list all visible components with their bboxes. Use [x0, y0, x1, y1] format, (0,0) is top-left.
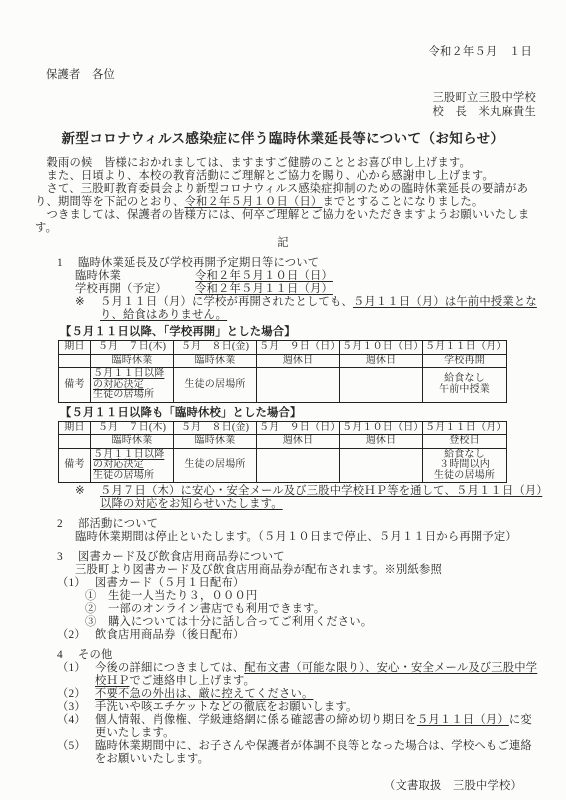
document-handler: （文書取扱 三股中学校）	[0, 780, 566, 793]
section4-heading: 4 その他	[57, 649, 566, 662]
tables-note: ※ ５月７日（木）に安心・安全メール及び三股中学校ＨＰ等を通して、５月１１日（月…	[75, 485, 544, 511]
item-text: 飲食店用商品券（後日配布）	[95, 629, 542, 642]
sender-organization: 三股町立三股中学校	[0, 92, 536, 106]
record-mark: 記	[0, 237, 566, 250]
item-text-emphasis: 不要不急の外出は、厳に控えてください。	[95, 688, 313, 700]
section1-note: ※ ５月１１日（月）に学校が再開されたとしても、５月１１日（月）は午前中授業とな…	[75, 296, 544, 322]
table-reopen-remarks-1: ５月１１日以降の対応決定生徒の居場所	[91, 368, 174, 403]
table-reopen-status-2: 臨時休業	[174, 354, 257, 368]
table-reopen-caption: 【５月１１日以降、「学校再開」とした場合】	[60, 326, 566, 339]
table-closed: 期日 ５月 ７日(木) ５月 ８日(金) ５月 ９日（日） ５月１０日（日） ５…	[58, 421, 507, 484]
section3-heading: 3 図書カード及び飲食店用商品券について	[57, 551, 566, 564]
item-label: （5）	[57, 740, 95, 766]
table-row: 期日 ５月 ７日(木) ５月 ８日(金) ５月 ９日（日） ５月１０日（日） ５…	[59, 421, 507, 435]
table-reopen-status-1: 臨時休業	[91, 354, 174, 368]
section3-item-2: （2） 飲食店用商品券（後日配布）	[57, 629, 542, 642]
table-reopen-status-4: 週休日	[340, 354, 423, 368]
tables-note-text: ５月７日（木）に安心・安全メール及び三股中学校ＨＰ等を通して、５月１１日（月）以…	[100, 485, 542, 510]
section3-title: 図書カード及び飲食店用商品券について	[78, 551, 285, 564]
greeting-line-3: さて、三股町教育委員会より新型コロナウィルス感染症抑制のための臨時休業延長の要請…	[35, 183, 540, 209]
sender-principal: 校 長 米丸麻貴生	[0, 106, 536, 120]
table-closed-status-5: 登校日	[423, 435, 507, 449]
table-closed-remarks-3	[257, 448, 340, 483]
section1-title: 臨時休業延長及び学校再開予定期日等について	[78, 257, 319, 270]
table-closed-status-0	[59, 435, 91, 449]
item-label: （4）	[57, 714, 95, 740]
table-reopen-remarks-3	[257, 368, 340, 403]
table-reopen-header-4: ５月１０日（日）	[340, 341, 423, 355]
note-asterisk: ※	[75, 296, 100, 322]
greeting-line-1: 穀雨の候 皆様におかれましては、ますますご健勝のこととお喜び申し上げます。	[35, 157, 540, 170]
reopen-label: 学校再開（予定）	[75, 283, 195, 296]
table-closed-header-3: ５月 ９日（日）	[257, 421, 340, 435]
document-page: 令和２年５月 １日 保護者 各位 三股町立三股中学校 校 長 米丸麻貴生 新型コ…	[0, 0, 566, 800]
remarks-student-place: 生徒の居場所	[93, 390, 171, 401]
table-reopen: 期日 ５月 ７日(木) ５月 ８日(金) ５月 ９日（日） ５月１０日（日） ５…	[58, 340, 507, 403]
greeting-line-2: また、日頃より、本校の教育活動にご理解とご協力を賜り、心から感謝申し上げます。	[35, 170, 540, 183]
table-reopen-remarks-label: 備考	[59, 368, 91, 403]
remarks-decision: ５月１１日以降の対応決定	[93, 449, 164, 471]
table-reopen-header-3: ５月 ９日（日）	[257, 341, 340, 355]
table-closed-header-2: ５月 ８日(金)	[174, 421, 257, 435]
section1-heading: 1 臨時休業延長及び学校再開予定期日等について	[57, 257, 566, 270]
item-text-emphasis: ５月１１日（月）	[417, 714, 509, 726]
table-closed-header-4: ５月１０日（日）	[340, 421, 423, 435]
table-row: 備考 ５月１１日以降の対応決定生徒の居場所 生徒の居場所 給食なし 午前中授業	[59, 368, 507, 403]
table-closed-header-1: ５月 ７日(木)	[91, 421, 174, 435]
table-closed-status-1: 臨時休業	[91, 435, 174, 449]
section3-sub-item-1: ① 生徒一人当たり３，０００円	[85, 590, 566, 603]
table-closed-remarks-1: ５月１１日以降の対応決定生徒の居場所	[91, 448, 174, 483]
item-text-pre: 今後の詳細につきましては、	[95, 662, 244, 674]
section3-item-1: （1） 図書カード（５月１日配布）	[57, 577, 542, 590]
table-reopen-status-0	[59, 354, 91, 368]
table-reopen-remarks-4	[340, 368, 423, 403]
note-asterisk: ※	[75, 485, 100, 511]
section3-sub-item-3: ③ 購入については十分に話し合ってご利用ください。	[85, 616, 566, 629]
section3-sub-item-2: ② 一部のオンライン書店でも利用できます。	[85, 603, 566, 616]
table-closed-remarks-2: 生徒の居場所	[174, 448, 257, 483]
section2-body: 臨時休業期間は停止といたします。（５月１０日まで停止、５月１１日から再開予定）	[75, 531, 566, 544]
greeting-paragraph: 穀雨の候 皆様におかれましては、ますますご健勝のこととお喜び申し上げます。 また…	[35, 157, 540, 235]
item-text-pre: 臨時休業期間中に、お子さんや保護者が体調不良等となった場合は、学校へもご連絡をお…	[95, 740, 532, 765]
reopen-schedule-line: 学校再開（予定）令和２年５月１１日（月）	[75, 283, 566, 296]
item-label: （1）	[57, 577, 95, 590]
document-date: 令和２年５月 １日	[0, 46, 566, 59]
table-closed-remarks-5: 給食なし ３時間以内 生徒の居場所	[423, 448, 507, 483]
table-row: 備考 ５月１１日以降の対応決定生徒の居場所 生徒の居場所 給食なし ３時間以内 …	[59, 448, 507, 483]
table-closed-status-2: 臨時休業	[174, 435, 257, 449]
closure-schedule-line: 臨時休業令和２年５月１０日（日）	[75, 270, 566, 283]
section4-title: その他	[78, 649, 113, 662]
table-closed-caption: 【５月１１日以降も「臨時休校」とした場合】	[60, 407, 566, 420]
section4-item-3: （3） 手洗いや咳エチケットなどの徹底をお願いします。	[57, 701, 542, 714]
reopen-date: 令和２年５月１１日（月）	[195, 283, 333, 295]
item-text-pre: 個人情報、肖像権、学級連絡網に係る確認書の締め切り期日を	[95, 714, 417, 726]
item-text-post: でご連絡申し上げます。	[130, 675, 256, 687]
table-reopen-remarks-2: 生徒の居場所	[174, 368, 257, 403]
section4-item-5: （5） 臨時休業期間中に、お子さんや保護者が体調不良等となった場合は、学校へもご…	[57, 740, 542, 766]
section1-note-pre: ５月１１日（月）に学校が再開されたとしても、	[100, 296, 353, 308]
table-reopen-header-5: ５月１１日（月）	[423, 341, 507, 355]
section2-number: 2	[57, 518, 78, 531]
item-label: （2）	[57, 688, 95, 701]
remarks-student-place: 生徒の居場所	[93, 471, 171, 482]
table-closed-status-4: 週休日	[340, 435, 423, 449]
greeting-line-4: つきましては、保護者の皆様方には、何卒ご理解とご協力をいただきますようお願いいた…	[35, 209, 540, 235]
table-closed-header-0: 期日	[59, 421, 91, 435]
section4-item-2: （2） 不要不急の外出は、厳に控えてください。	[57, 688, 542, 701]
table-closed-remarks-4	[340, 448, 423, 483]
section4-number: 4	[57, 649, 78, 662]
table-closed-header-5: ５月１１日（月）	[423, 421, 507, 435]
table-row: 期日 ５月 ７日(木) ５月 ８日(金) ５月 ９日（日） ５月１０日（日） ５…	[59, 341, 507, 355]
item-label: （1）	[57, 662, 95, 688]
table-closed-status-3: 週休日	[257, 435, 340, 449]
table-closed-remarks-label: 備考	[59, 448, 91, 483]
greeting-line-3-post: までとすることになりました。	[322, 196, 483, 208]
section2-heading: 2 部活動について	[57, 518, 566, 531]
item-text-pre: 手洗いや咳エチケットなどの徹底をお願いします。	[95, 701, 358, 713]
closure-date: 令和２年５月１０日（日）	[195, 270, 333, 282]
section3-intro: 三股町より図書カード及び飲食店用商品券が配布されます。※別紙参照	[75, 564, 566, 577]
section3-number: 3	[57, 551, 78, 564]
section2-title: 部活動について	[78, 518, 158, 531]
table-reopen-remarks-5: 給食なし 午前中授業	[423, 368, 507, 403]
table-reopen-status-3: 週休日	[257, 354, 340, 368]
addressee: 保護者 各位	[46, 69, 566, 82]
section4-item-4: （4） 個人情報、肖像権、学級連絡網に係る確認書の締め切り期日を５月１１日（月）…	[57, 714, 542, 740]
document-title: 新型コロナウィルス感染症に伴う臨時休業延長等について（お知らせ）	[0, 132, 566, 145]
item-label: （2）	[57, 629, 95, 642]
sender-block: 三股町立三股中学校 校 長 米丸麻貴生	[0, 92, 566, 119]
table-reopen-header-2: ５月 ８日(金)	[174, 341, 257, 355]
table-row: 臨時休業 臨時休業 週休日 週休日 登校日	[59, 435, 507, 449]
table-row: 臨時休業 臨時休業 週休日 週休日 学校再開	[59, 354, 507, 368]
item-text: 図書カード（５月１日配布）	[95, 577, 542, 590]
table-reopen-header-1: ５月 ７日(木)	[91, 341, 174, 355]
closure-label: 臨時休業	[75, 270, 195, 283]
closure-deadline-emphasis: 令和２年５月１０日（日）	[184, 196, 322, 208]
remarks-decision: ５月１１日以降の対応決定	[93, 368, 164, 390]
table-reopen-status-5: 学校再開	[423, 354, 507, 368]
section1-number: 1	[57, 257, 78, 270]
section4-item-1: （1） 今後の詳細につきましては、配布文書（可能な限り）、安心・安全メール及び三…	[57, 662, 542, 688]
table-reopen-header-0: 期日	[59, 341, 91, 355]
item-label: （3）	[57, 701, 95, 714]
